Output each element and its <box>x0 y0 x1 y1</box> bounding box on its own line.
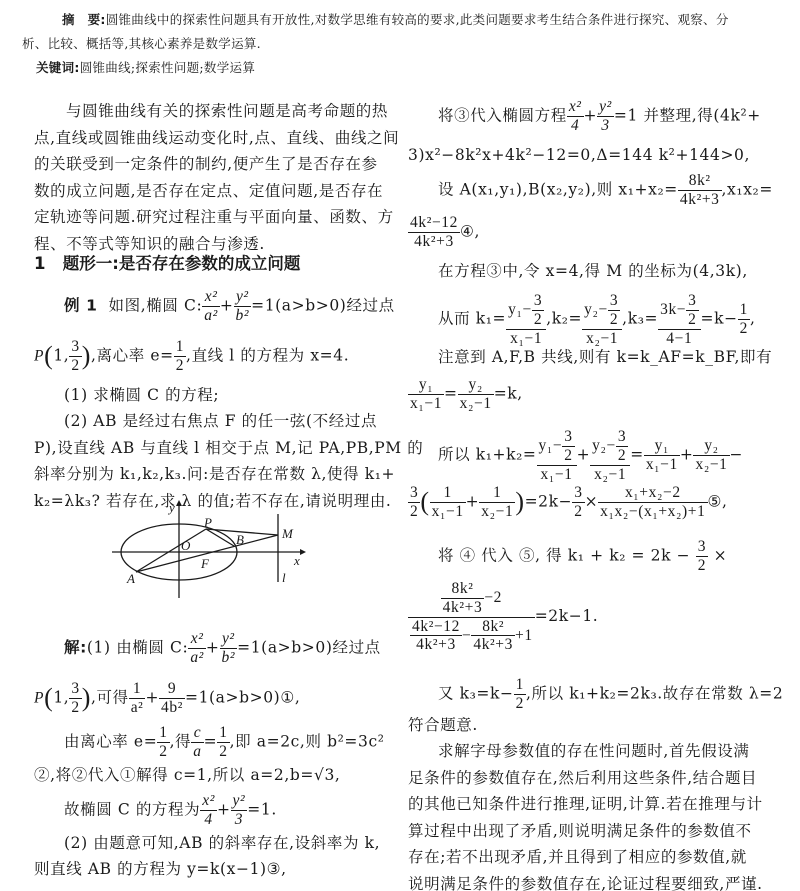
svg-text:F: F <box>200 556 210 571</box>
abstract-line-1: 圆锥曲线中的探索性问题具有开放性,对数学思维有较高的要求,此类问题要求考生结合条… <box>106 12 729 27</box>
ellipse-figure: y x O P B M F A l <box>100 490 330 610</box>
right-line-4: 4k²−124k²+3④, <box>408 214 480 251</box>
right-line-8: y₁x₁−1=y₂x₂−1=k, <box>408 376 523 413</box>
ellipse-diagram: y x O P B M F A l <box>100 490 330 610</box>
abstract-line-2: 析、比较、概括等,其核心素养是数学运算. <box>22 32 261 56</box>
right-line-10: 32(1x₁−1+1x₂−1)=2k−32×x₁+x₂−2x₁x₂−(x₁+x₂… <box>408 484 728 521</box>
solution-line-6: (2) 由题意可知,AB 的斜率存在,设斜率为 k, <box>64 830 380 857</box>
right-line-3: 设 A(x₁,y₁),B(x₂,y₂),则 x₁+x₂=8k²4k²+3,x₁x… <box>438 172 773 209</box>
solution-label: 解: <box>64 638 87 656</box>
solution-line-5: 故椭圆 C 的方程为x²4+y²3=1. <box>64 792 277 829</box>
summary-paragraph: 求解字母参数值的存在性问题时,首先假设满 足条件的参数值存在,然后利用这些条件,… <box>408 738 788 891</box>
right-line-5: 在方程③中,令 x=4,得 M 的坐标为(4,3k), <box>438 258 748 285</box>
keywords: 关键词:圆锥曲线;探索性问题;数学运算 <box>36 56 255 80</box>
fraction-3-2: 32 <box>69 338 81 375</box>
right-line-14: 符合题意. <box>408 712 478 739</box>
solution-line-4: ②,将②代入①解得 c=1,所以 a=2,b=√3, <box>34 762 340 789</box>
svg-text:l: l <box>282 570 286 585</box>
solution-line-3: 由离心率 e=12,得ca=12,即 a=2c,则 b²=3c² <box>64 724 385 761</box>
svg-text:O: O <box>181 538 191 553</box>
svg-text:y: y <box>167 500 175 515</box>
section-title: 题形一:是否存在参数的成立问题 <box>63 254 301 273</box>
svg-text:x: x <box>293 553 300 568</box>
right-line-6: 从而 k₁=y₁−32x₁−1,k₂=y₂−32x₂−1,k₃=3k−324−1… <box>438 292 756 347</box>
right-line-13: 又 k₃=k−12,所以 k₁+k₂=2k₃.故存在常数 λ=2 <box>438 676 783 713</box>
intro-paragraph: 与圆锥曲线有关的探索性问题是高考命题的热 点,直线或圆锥曲线运动变化时,点、直线… <box>34 98 394 257</box>
right-line-9: 所以 k₁+k₂=y₁−32x₁−1+y₂−32x₂−1=y₁x₁−1+y₂x₂… <box>438 428 743 483</box>
section-number: 1 <box>34 254 45 273</box>
example-line-1: 例 1 如图,椭圆 C:x²a²+y²b²=1(a>b>0)经过点 <box>64 288 395 325</box>
abstract: 摘 要:圆锥曲线中的探索性问题具有开放性,对数学思维有较高的要求,此类问题要求考… <box>62 8 729 32</box>
right-line-2: 3)x²−8k²x+4k²−12=0,Δ=144 k²+144>0, <box>408 142 750 169</box>
right-line-7: 注意到 A,F,B 共线,则有 k=k_AF=k_BF,即有 <box>438 344 772 371</box>
fraction-x2-a2: x²a² <box>202 288 220 325</box>
solution-line-7: 则直线 AB 的方程为 y=k(x−1)③, <box>34 856 287 883</box>
svg-text:B: B <box>236 532 244 547</box>
svg-text:M: M <box>281 526 294 541</box>
solution-line-2: P(1,32),可得1a²+94b²=1(a>b>0)①, <box>34 680 300 717</box>
right-line-12: 8k²4k²+3−24k²−124k²+3−8k²4k²+3+1=2k−1. <box>408 580 598 654</box>
question-1: (1) 求椭圆 C 的方程; <box>64 382 219 409</box>
svg-text:A: A <box>126 571 135 586</box>
abstract-label: 摘 要: <box>62 12 106 27</box>
keywords-text: 圆锥曲线;探索性问题;数学运算 <box>80 60 255 75</box>
right-line-1: 将③代入椭圆方程x²4+y²3=1 并整理,得(4k²+ <box>438 98 761 135</box>
solution-line-1: 解:(1) 由椭圆 C:x²a²+y²b²=1(a>b>0)经过点 <box>64 630 381 667</box>
keywords-label: 关键词: <box>36 60 80 75</box>
example-line-2: P(1,32),离心率 e=12,直线 l 的方程为 x=4. <box>34 338 349 375</box>
fraction-y2-b2: y²b² <box>234 288 252 325</box>
fraction-1-2: 12 <box>174 338 186 375</box>
example-label: 例 1 <box>64 296 97 314</box>
svg-text:P: P <box>203 515 212 530</box>
section-heading: 1 题形一:是否存在参数的成立问题 <box>34 250 300 274</box>
right-line-11: 将 ④ 代入 ⑤, 得 k₁ + k₂ = 2k − 32 × <box>438 538 727 575</box>
